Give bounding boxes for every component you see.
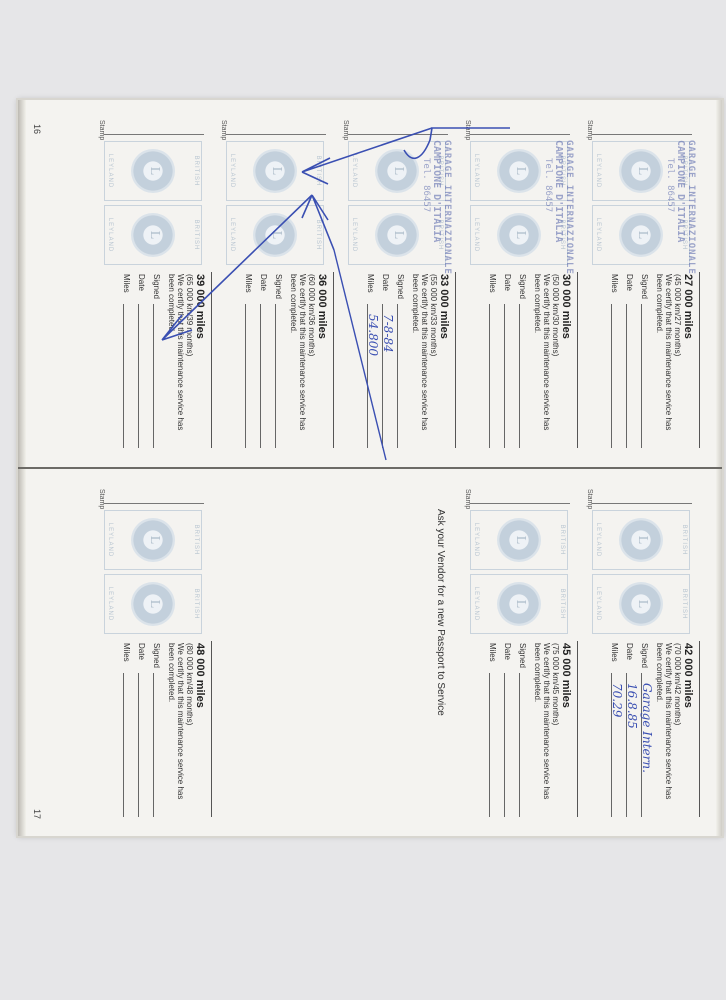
page-16: BRITISHLLEYLAND BRITISHLLEYLAND Stamp 27…: [18, 100, 722, 467]
page-number: 17: [32, 809, 42, 819]
stamp-label: Stamp: [586, 489, 593, 509]
service-interval: 33 000 miles: [438, 274, 450, 448]
service-interval: 36 000 miles: [316, 274, 328, 448]
signed-field[interactable]: Signed: [518, 274, 531, 448]
service-interval-km: (45 000 km/27 months): [673, 274, 682, 448]
signed-field[interactable]: Signed: [152, 274, 165, 448]
service-interval-km: (60 000 km/36 months): [307, 274, 316, 448]
service-entry: BRITISHLLEYLAND BRITISHLLEYLAND Stamp 36…: [216, 122, 334, 448]
signed-field[interactable]: Signed: [274, 274, 287, 448]
service-interval-km: (75 000 km/45 months): [551, 643, 560, 817]
service-interval-km: (65 000 km/39 months): [185, 274, 194, 448]
service-entry: BRITISHLLEYLAND BRITISHLLEYLAND Stamp 45…: [460, 491, 578, 817]
divider: [455, 272, 456, 448]
certification-text: We certify that this maintenance service…: [411, 274, 429, 448]
british-leyland-logo: BRITISHLLEYLAND: [470, 510, 568, 570]
stamp-label: Stamp: [342, 120, 349, 140]
certification-text: We certify that this maintenance service…: [289, 274, 307, 448]
divider: [211, 641, 212, 817]
signed-field[interactable]: Signed: [396, 274, 409, 448]
miles-field[interactable]: Miles: [610, 274, 623, 448]
service-booklet: BRITISHLLEYLAND BRITISHLLEYLAND Stamp 27…: [18, 100, 722, 836]
signed-field[interactable]: Signed: [152, 643, 165, 817]
stamp-label: Stamp: [220, 120, 227, 140]
stamp-area: BRITISHLLEYLAND BRITISHLLEYLAND: [470, 503, 570, 632]
divider: [699, 272, 700, 448]
stamp-area: BRITISHLLEYLAND BRITISHLLEYLAND: [592, 503, 692, 632]
service-interval: 42 000 miles: [682, 643, 694, 817]
service-interval-km: (80 000 km/48 months): [185, 643, 194, 817]
divider: [577, 641, 578, 817]
british-leyland-logo: BRITISHLLEYLAND: [226, 205, 324, 265]
miles-field[interactable]: Miles: [122, 274, 135, 448]
stamp-label: Stamp: [586, 120, 593, 140]
miles-field[interactable]: Miles54.800: [366, 274, 379, 448]
signed-field[interactable]: SignedGarage Intern.: [640, 643, 653, 817]
divider: [333, 272, 334, 448]
british-leyland-logo: BRITISHLLEYLAND: [104, 205, 202, 265]
service-interval-km: (55 000 km/33 months): [429, 274, 438, 448]
service-entry: BRITISHLLEYLAND BRITISHLLEYLAND Stamp 42…: [582, 491, 700, 817]
signed-field[interactable]: Signed: [518, 643, 531, 817]
certification-text: We certify that this maintenance service…: [533, 274, 551, 448]
certification-text: We certify that this maintenance service…: [655, 274, 673, 448]
certification-text: We certify that this maintenance service…: [167, 274, 185, 448]
date-field[interactable]: Date: [259, 274, 272, 448]
service-interval-km: (70 000 km/42 months): [673, 643, 682, 817]
service-interval-km: (50 000 km/30 months): [551, 274, 560, 448]
date-field[interactable]: Date: [503, 643, 516, 817]
british-leyland-logo: BRITISHLLEYLAND: [226, 141, 324, 201]
miles-field[interactable]: Miles: [122, 643, 135, 817]
service-interval: 48 000 miles: [194, 643, 206, 817]
british-leyland-logo: BRITISHLLEYLAND: [104, 574, 202, 634]
certification-text: We certify that this maintenance service…: [167, 643, 185, 817]
page-17: BRITISHLLEYLAND BRITISHLLEYLAND Stamp 42…: [18, 469, 722, 836]
stamp-label: Stamp: [464, 120, 471, 140]
divider: [577, 272, 578, 448]
signed-field[interactable]: Signed: [640, 274, 653, 448]
stamp-area: BRITISHLLEYLAND BRITISHLLEYLAND: [104, 503, 204, 632]
british-leyland-logo: BRITISHLLEYLAND: [104, 510, 202, 570]
date-field[interactable]: Date: [137, 274, 150, 448]
miles-field[interactable]: Miles: [488, 643, 501, 817]
stamp-label: Stamp: [98, 120, 105, 140]
service-interval: 39 000 miles: [194, 274, 206, 448]
service-entry: BRITISHLLEYLAND BRITISHLLEYLAND Stamp 27…: [582, 122, 700, 448]
vendor-note: Ask your Vendor for a new Passport to Se…: [435, 509, 446, 716]
service-entry: BRITISHLLEYLAND BRITISHLLEYLAND Stamp 39…: [94, 122, 212, 448]
date-field[interactable]: Date7-8-84: [381, 274, 394, 448]
stamp-label: Stamp: [464, 489, 471, 509]
service-entry: BRITISHLLEYLAND BRITISHLLEYLAND Stamp 33…: [338, 122, 456, 448]
certification-text: We certify that this maintenance service…: [655, 643, 673, 817]
date-field[interactable]: Date16.8.85: [625, 643, 638, 817]
service-interval: 27 000 miles: [682, 274, 694, 448]
british-leyland-logo: BRITISHLLEYLAND: [470, 574, 568, 634]
stamp-area: BRITISHLLEYLAND BRITISHLLEYLAND: [104, 134, 204, 263]
divider: [699, 641, 700, 817]
service-entry: BRITISHLLEYLAND BRITISHLLEYLAND Stamp 48…: [94, 491, 212, 817]
service-entry: BRITISHLLEYLAND BRITISHLLEYLAND Stamp 30…: [460, 122, 578, 448]
service-interval: 45 000 miles: [560, 643, 572, 817]
stamp-label: Stamp: [98, 489, 105, 509]
miles-field[interactable]: Miles: [244, 274, 257, 448]
certification-text: We certify that this maintenance service…: [533, 643, 551, 817]
garage-stamp: GARAGE INTERNAZIONALECAMPIONE D'ITALIATe…: [543, 140, 574, 275]
service-interval: 30 000 miles: [560, 274, 572, 448]
stamp-area: BRITISHLLEYLAND BRITISHLLEYLAND: [226, 134, 326, 263]
miles-field[interactable]: Miles70.29: [610, 643, 623, 817]
date-field[interactable]: Date: [503, 274, 516, 448]
page-number: 16: [32, 124, 42, 134]
date-field[interactable]: Date: [625, 274, 638, 448]
divider: [211, 272, 212, 448]
british-leyland-logo: BRITISHLLEYLAND: [104, 141, 202, 201]
date-field[interactable]: Date: [137, 643, 150, 817]
british-leyland-logo: BRITISHLLEYLAND: [592, 510, 690, 570]
garage-stamp: GARAGE INTERNAZIONALECAMPIONE D'ITALIATe…: [665, 140, 696, 275]
miles-field[interactable]: Miles: [488, 274, 501, 448]
british-leyland-logo: BRITISHLLEYLAND: [592, 574, 690, 634]
garage-stamp: GARAGE INTERNAZIONALECAMPIONE D'ITALIATe…: [421, 140, 452, 275]
